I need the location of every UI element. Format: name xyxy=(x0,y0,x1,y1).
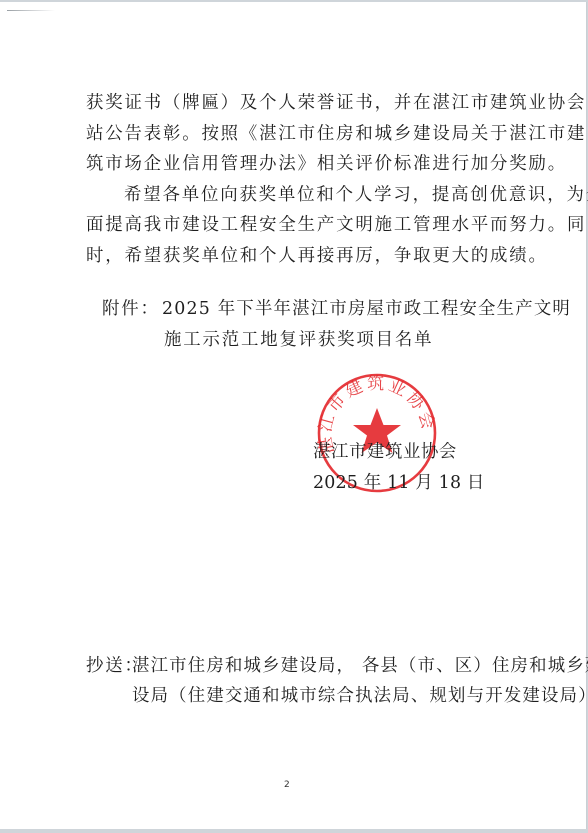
body-line: 希望各单位向获奖单位和个人学习，提高创优意识，为全 xyxy=(124,185,588,205)
body-line: 筑市场企业信用管理办法》相关评价标准进行加分奖励。 xyxy=(86,154,567,174)
body-line: 面提高我市建设工程安全生产文明施工管理水平而努力。同 xyxy=(86,215,586,235)
body-line: 获奖证书（牌匾）及个人荣誉证书，并在湛江市建筑业协会网 xyxy=(86,93,588,113)
cc-line: 设局（住建交通和城市综合执法局、规划与开发建设局）。 xyxy=(132,686,588,706)
body-line: 站公告表彰。按照《湛江市住房和城乡建设局关于湛江市建 xyxy=(86,124,586,144)
page-number: 2 xyxy=(284,780,290,790)
attachment-title-line: 施工示范工地复评获奖项目名单 xyxy=(164,330,433,350)
cc-line: 湛江市住房和城乡建设局， 各县（市、区）住房和城乡建 xyxy=(132,656,588,676)
signing-date: 2025 年 11 月 18 日 xyxy=(313,473,485,493)
document-page: 获奖证书（牌匾）及个人荣誉证书，并在湛江市建筑业协会网 站公告表彰。按照《湛江市… xyxy=(0,2,587,829)
header-rule xyxy=(7,10,55,11)
attachment-title-line: 2025 年下半年湛江市房屋市政工程安全生产文明 xyxy=(162,299,571,319)
attachment-label: 附件： xyxy=(102,299,160,319)
body-line: 时，希望获奖单位和个人再接再厉，争取更大的成绩。 xyxy=(86,246,548,266)
signing-organization: 湛江市建筑业协会 xyxy=(313,442,457,462)
